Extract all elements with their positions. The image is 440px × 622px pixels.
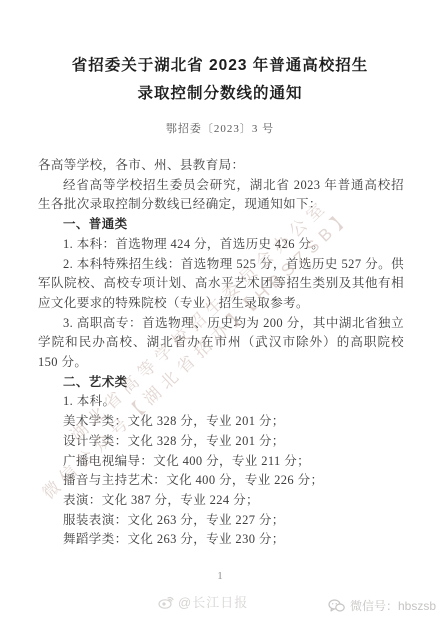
document-body: 各高等学校，各市、州、县教育局： 经省高等学校招生委员会研究，湖北省 2023 …: [38, 156, 404, 550]
general-item-gaozhi: 3. 高职高专：首选物理、历史均为 200 分，其中湖北省独立学院和民办高校、湖…: [38, 314, 404, 373]
wechat-id-text: 微信号：hbszsb: [350, 597, 436, 614]
weibo-credit: @长江日报: [158, 592, 248, 611]
page-number: 1: [0, 570, 440, 582]
document-number: 鄂招委〔2023〕3 号: [0, 120, 440, 136]
weibo-icon: [158, 595, 174, 609]
art-item-fuzhuang: 服装表演：文化 263 分，专业 227 分；: [38, 511, 404, 531]
notice-title-line1: 省招委关于湖北省 2023 年普通高校招生: [30, 52, 410, 80]
document-page: 湖北省高等学校招生委员会办公室 微信公众号【湖北省招办】【HBSZSB】 省招委…: [0, 0, 440, 622]
art-item-wudao: 舞蹈学类：文化 263 分，专业 230 分；: [38, 530, 404, 550]
art-item-boyin: 播音与主持艺术：文化 400 分，专业 226 分；: [38, 471, 404, 491]
weibo-credit-text: @长江日报: [178, 592, 248, 611]
art-item-benke: 1. 本科。: [38, 392, 404, 412]
section-heading-general: 一、普通类: [38, 215, 404, 235]
general-item-special-line: 2. 本科特殊招生线：首选物理 525 分，首选历史 527 分。供军队院校、高…: [38, 255, 404, 314]
section-heading-art: 二、艺术类: [38, 373, 404, 393]
salutation: 各高等学校，各市、州、县教育局：: [38, 156, 404, 176]
general-item-benke: 1. 本科：首选物理 424 分，首选历史 426 分。: [38, 235, 404, 255]
art-item-meishu: 美术学类：文化 328 分，专业 201 分；: [38, 412, 404, 432]
art-item-biaoyan: 表演：文化 387 分，专业 224 分；: [38, 491, 404, 511]
notice-title-line2: 录取控制分数线的通知: [30, 80, 410, 108]
wechat-id: 微信号：hbszsb: [328, 597, 436, 614]
intro-paragraph: 经省高等学校招生委员会研究，湖北省 2023 年普通高校招生各批次录取控制分数线…: [38, 176, 404, 215]
notice-title: 省招委关于湖北省 2023 年普通高校招生 录取控制分数线的通知: [0, 0, 440, 108]
art-item-guangbo: 广播电视编导：文化 400 分，专业 211 分；: [38, 452, 404, 472]
art-item-sheji: 设计学类：文化 328 分，专业 201 分；: [38, 432, 404, 452]
wechat-icon: [328, 599, 345, 613]
